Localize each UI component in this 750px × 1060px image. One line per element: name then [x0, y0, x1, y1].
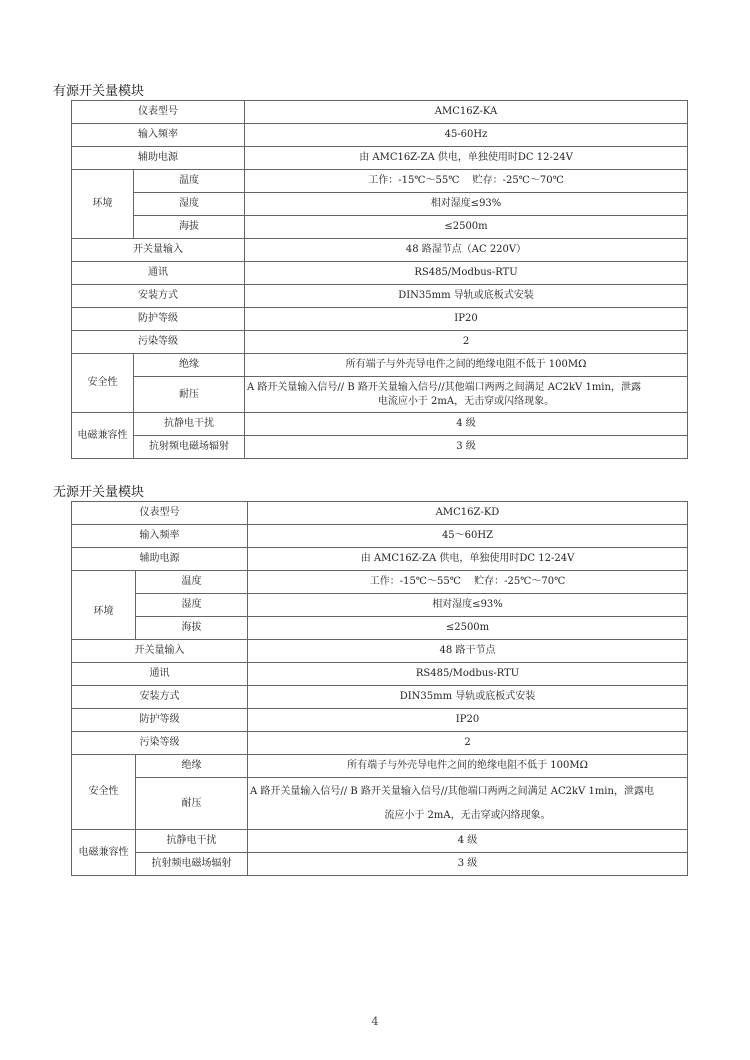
table-row: 安装方式 DIN35mm 导轨或底板式安装	[72, 285, 688, 308]
row-value-line: 流应小于 2mA，无击穿或闪络现象。	[250, 804, 685, 828]
group-label: 电磁兼容性	[72, 830, 136, 876]
table-row: 仪表型号 AMC16Z-KA	[72, 101, 688, 124]
row-value: 4 级	[245, 413, 688, 436]
row-value: 45～60HZ	[248, 525, 688, 548]
row-label: 输入频率	[72, 525, 248, 548]
row-value: AMC16Z-KD	[248, 502, 688, 525]
row-label: 仪表型号	[72, 101, 245, 124]
table-row: 安全性 绝缘 所有端子与外壳导电件之间的绝缘电阻不低于 100MΩ	[72, 755, 688, 778]
row-label: 输入频率	[72, 124, 245, 147]
page-number: 4	[0, 1015, 750, 1028]
row-label: 温度	[136, 571, 248, 594]
row-label: 绝缘	[134, 354, 245, 377]
row-value: 4 级	[248, 830, 688, 853]
row-label: 耐压	[136, 778, 248, 830]
row-value: 相对湿度≤93%	[245, 193, 688, 216]
row-value: 由 AMC16Z-ZA 供电，单独使用时DC 12-24V	[245, 147, 688, 170]
row-label: 辅助电源	[72, 548, 248, 571]
row-label: 安装方式	[72, 285, 245, 308]
table-row: 抗射频电磁场辐射 3 级	[72, 853, 688, 876]
row-value: DIN35mm 导轨或底板式安装	[248, 686, 688, 709]
table-row: 防护等级 IP20	[72, 308, 688, 331]
table-row: 电磁兼容性 抗静电干扰 4 级	[72, 413, 688, 436]
row-label: 安装方式	[72, 686, 248, 709]
table-row: 环境 温度 工作：-15℃～55℃ 贮存：-25℃～70℃	[72, 571, 688, 594]
row-value: ≤2500m	[248, 617, 688, 640]
row-value: 所有端子与外壳导电件之间的绝缘电阻不低于 100MΩ	[248, 755, 688, 778]
table-row: 湿度 相对湿度≤93%	[72, 594, 688, 617]
row-value: A 路开关量输入信号// B 路开关量输入信号//其他端口两两之间满足 AC2k…	[245, 377, 688, 413]
row-label: 温度	[134, 170, 245, 193]
spec-table-active-module: 仪表型号 AMC16Z-KA 输入频率 45-60Hz 辅助电源 由 AMC16…	[71, 100, 688, 459]
row-label: 通讯	[72, 262, 245, 285]
row-value-line: A 路开关量输入信号// B 路开关量输入信号//其他端口两两之间满足 AC2k…	[247, 381, 685, 395]
table-row: 污染等级 2	[72, 732, 688, 755]
table-row: 开关量输入 48 路干节点	[72, 640, 688, 663]
row-value: IP20	[248, 709, 688, 732]
table-row: 通讯 RS485/Modbus-RTU	[72, 262, 688, 285]
table-row: 污染等级 2	[72, 331, 688, 354]
section-title-passive-module: 无源开关量模块	[53, 481, 144, 500]
row-label: 防护等级	[72, 308, 245, 331]
row-label: 湿度	[134, 193, 245, 216]
row-value: 48 路干节点	[248, 640, 688, 663]
table-row: 防护等级 IP20	[72, 709, 688, 732]
row-value: 工作：-15℃～55℃ 贮存：-25℃～70℃	[248, 571, 688, 594]
row-value: 3 级	[248, 853, 688, 876]
row-value-line: A 路开关量输入信号// B 路开关量输入信号//其他端口两两之间满足 AC2k…	[250, 780, 685, 804]
table-row: 输入频率 45-60Hz	[72, 124, 688, 147]
table-row: 安全性 绝缘 所有端子与外壳导电件之间的绝缘电阻不低于 100MΩ	[72, 354, 688, 377]
row-value: 2	[245, 331, 688, 354]
row-label: 开关量输入	[72, 640, 248, 663]
row-value: IP20	[245, 308, 688, 331]
row-value: 工作：-15℃～55℃ 贮存：-25℃～70℃	[245, 170, 688, 193]
row-value: 48 路湿节点（AC 220V）	[245, 239, 688, 262]
group-label: 电磁兼容性	[72, 413, 134, 459]
row-label: 抗射频电磁场辐射	[136, 853, 248, 876]
table-row: 输入频率 45～60HZ	[72, 525, 688, 548]
row-value: 所有端子与外壳导电件之间的绝缘电阻不低于 100MΩ	[245, 354, 688, 377]
section-title-active-module: 有源开关量模块	[53, 80, 144, 99]
table-row: 安装方式 DIN35mm 导轨或底板式安装	[72, 686, 688, 709]
row-value: RS485/Modbus-RTU	[245, 262, 688, 285]
row-label: 抗静电干扰	[134, 413, 245, 436]
row-value: ≤2500m	[245, 216, 688, 239]
row-label: 海拔	[134, 216, 245, 239]
row-value: 3 级	[245, 436, 688, 459]
table-row: 抗射频电磁场辐射 3 级	[72, 436, 688, 459]
row-label: 辅助电源	[72, 147, 245, 170]
row-value: AMC16Z-KA	[245, 101, 688, 124]
table-row: 海拔 ≤2500m	[72, 216, 688, 239]
group-label: 环境	[72, 571, 136, 640]
table-row: 辅助电源 由 AMC16Z-ZA 供电，单独使用时DC 12-24V	[72, 548, 688, 571]
table-row: 湿度 相对湿度≤93%	[72, 193, 688, 216]
table-row: 开关量输入 48 路湿节点（AC 220V）	[72, 239, 688, 262]
row-label: 污染等级	[72, 331, 245, 354]
table-row: 耐压 A 路开关量输入信号// B 路开关量输入信号//其他端口两两之间满足 A…	[72, 377, 688, 413]
row-label: 耐压	[134, 377, 245, 413]
row-value: 由 AMC16Z-ZA 供电，单独使用时DC 12-24V	[248, 548, 688, 571]
table-row: 环境 温度 工作：-15℃～55℃ 贮存：-25℃～70℃	[72, 170, 688, 193]
row-label: 绝缘	[136, 755, 248, 778]
row-value: RS485/Modbus-RTU	[248, 663, 688, 686]
row-label: 海拔	[136, 617, 248, 640]
row-label: 抗静电干扰	[136, 830, 248, 853]
table-row: 仪表型号 AMC16Z-KD	[72, 502, 688, 525]
row-value: A 路开关量输入信号// B 路开关量输入信号//其他端口两两之间满足 AC2k…	[248, 778, 688, 830]
table-row: 通讯 RS485/Modbus-RTU	[72, 663, 688, 686]
row-value: 相对湿度≤93%	[248, 594, 688, 617]
row-label: 通讯	[72, 663, 248, 686]
table-row: 海拔 ≤2500m	[72, 617, 688, 640]
spec-table-passive-module: 仪表型号 AMC16Z-KD 输入频率 45～60HZ 辅助电源 由 AMC16…	[71, 501, 688, 876]
group-label: 安全性	[72, 755, 136, 830]
row-label: 开关量输入	[72, 239, 245, 262]
row-value-line: 电流应小于 2mA，无击穿或闪络现象。	[247, 395, 685, 409]
row-value: DIN35mm 导轨或底板式安装	[245, 285, 688, 308]
group-label: 安全性	[72, 354, 134, 413]
row-label: 仪表型号	[72, 502, 248, 525]
row-label: 防护等级	[72, 709, 248, 732]
row-label: 抗射频电磁场辐射	[134, 436, 245, 459]
group-label: 环境	[72, 170, 134, 239]
row-value: 2	[248, 732, 688, 755]
row-label: 湿度	[136, 594, 248, 617]
table-row: 辅助电源 由 AMC16Z-ZA 供电，单独使用时DC 12-24V	[72, 147, 688, 170]
row-value: 45-60Hz	[245, 124, 688, 147]
table-row: 耐压 A 路开关量输入信号// B 路开关量输入信号//其他端口两两之间满足 A…	[72, 778, 688, 830]
row-label: 污染等级	[72, 732, 248, 755]
table-row: 电磁兼容性 抗静电干扰 4 级	[72, 830, 688, 853]
